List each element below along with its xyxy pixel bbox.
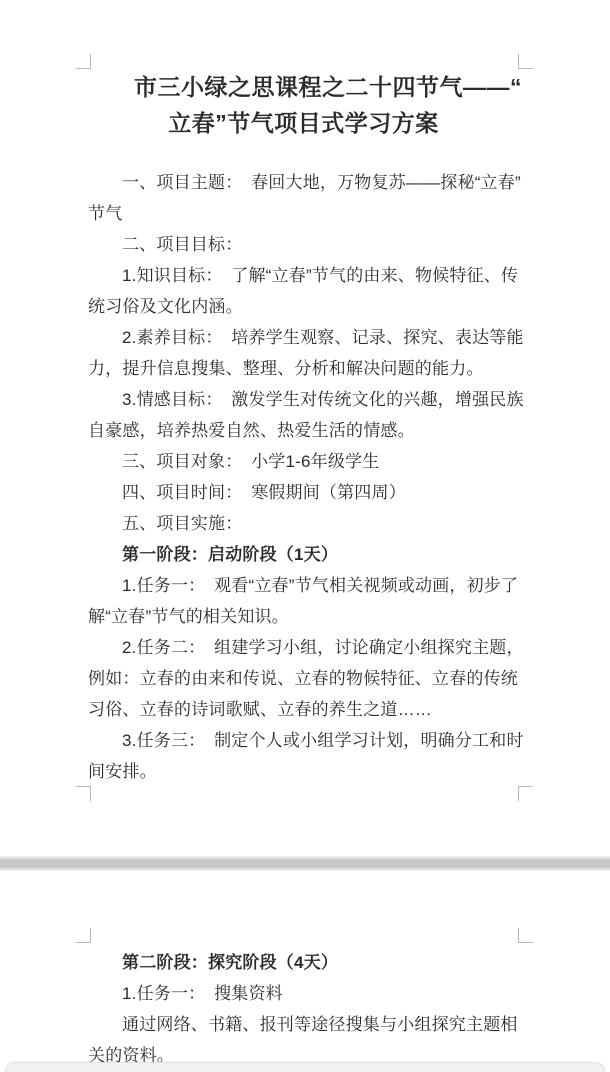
- crop-mark-top-left-icon: [76, 54, 91, 69]
- title-line: 市三小绿之思课程之二十四节气——“: [88, 69, 519, 105]
- page-gap: [0, 856, 610, 871]
- page-1-body-text: 一、项目主题： 春回大地，万物复苏——探秘“立春”节气二、项目目标：1.知识目标…: [88, 167, 519, 787]
- text-line: 2.任务二： 组建学习小组，讨论确定小组探究主题，: [88, 632, 519, 663]
- text-line: 2.素养目标： 培养学生观察、记录、探究、表达等能: [88, 322, 519, 353]
- text-line: 习俗、立春的诗词歌赋、立春的养生之道……: [88, 694, 519, 725]
- text-line: 力，提升信息搜集、整理、分析和解决问题的能力。: [88, 353, 519, 384]
- text-line: 一、项目主题： 春回大地，万物复苏——探秘“立春”: [88, 167, 519, 198]
- text-line: 四、项目时间： 寒假期间（第四周）: [88, 477, 519, 508]
- heading-line: 第一阶段：启动阶段（1天）: [88, 539, 519, 570]
- text-line: 统习俗及文化内涵。: [88, 291, 519, 322]
- text-line: 五、项目实施：: [88, 508, 519, 539]
- document-viewer: { "colors": { "text": "#2b2b2b", "page_b…: [0, 0, 610, 1072]
- page-2-body-text: 第二阶段：探究阶段（4天）1.任务一： 搜集资料通过网络、书籍、报刊等途径搜集与…: [88, 947, 519, 1071]
- text-line: 3.任务三： 制定个人或小组学习计划，明确分工和时: [88, 725, 519, 756]
- text-line: 例如：立春的由来和传说、立春的物候特征、立春的传统: [88, 663, 519, 694]
- crop-mark-bottom-left-icon: [76, 786, 91, 801]
- text-line: 二、项目目标：: [88, 229, 519, 260]
- text-line: 节气: [88, 198, 519, 229]
- crop-mark-bottom-right-icon: [518, 786, 533, 801]
- text-line: 通过网络、书籍、报刊等途径搜集与小组探究主题相: [88, 1009, 519, 1040]
- text-line: 自豪感，培养热爱自然、热爱生活的情感。: [88, 415, 519, 446]
- document-title: 市三小绿之思课程之二十四节气——“立春”节气项目式学习方案: [88, 69, 519, 141]
- page-2: 第二阶段：探究阶段（4天）1.任务一： 搜集资料通过网络、书籍、报刊等途径搜集与…: [0, 871, 610, 1072]
- page-1: 市三小绿之思课程之二十四节气——“立春”节气项目式学习方案 一、项目主题： 春回…: [0, 0, 610, 857]
- text-line: 3.情感目标： 激发学生对传统文化的兴趣，增强民族: [88, 384, 519, 415]
- text-line: 间安排。: [88, 756, 519, 787]
- text-line: 三、项目对象： 小学1-6年级学生: [88, 446, 519, 477]
- crop-mark-top-right-icon: [518, 928, 533, 943]
- text-line: 1.任务一： 观看“立春”节气相关视频或动画，初步了: [88, 570, 519, 601]
- crop-mark-top-right-icon: [518, 54, 533, 69]
- text-line: 1.任务一： 搜集资料: [88, 978, 519, 1009]
- text-line: 解“立春”节气的相关知识。: [88, 601, 519, 632]
- crop-mark-top-left-icon: [76, 928, 91, 943]
- text-line: 1.知识目标： 了解“立春”节气的由来、物候特征、传: [88, 260, 519, 291]
- heading-line: 第二阶段：探究阶段（4天）: [88, 947, 519, 978]
- bottom-sheet-edge[interactable]: [5, 1062, 605, 1072]
- title-line: 立春”节气项目式学习方案: [88, 105, 519, 141]
